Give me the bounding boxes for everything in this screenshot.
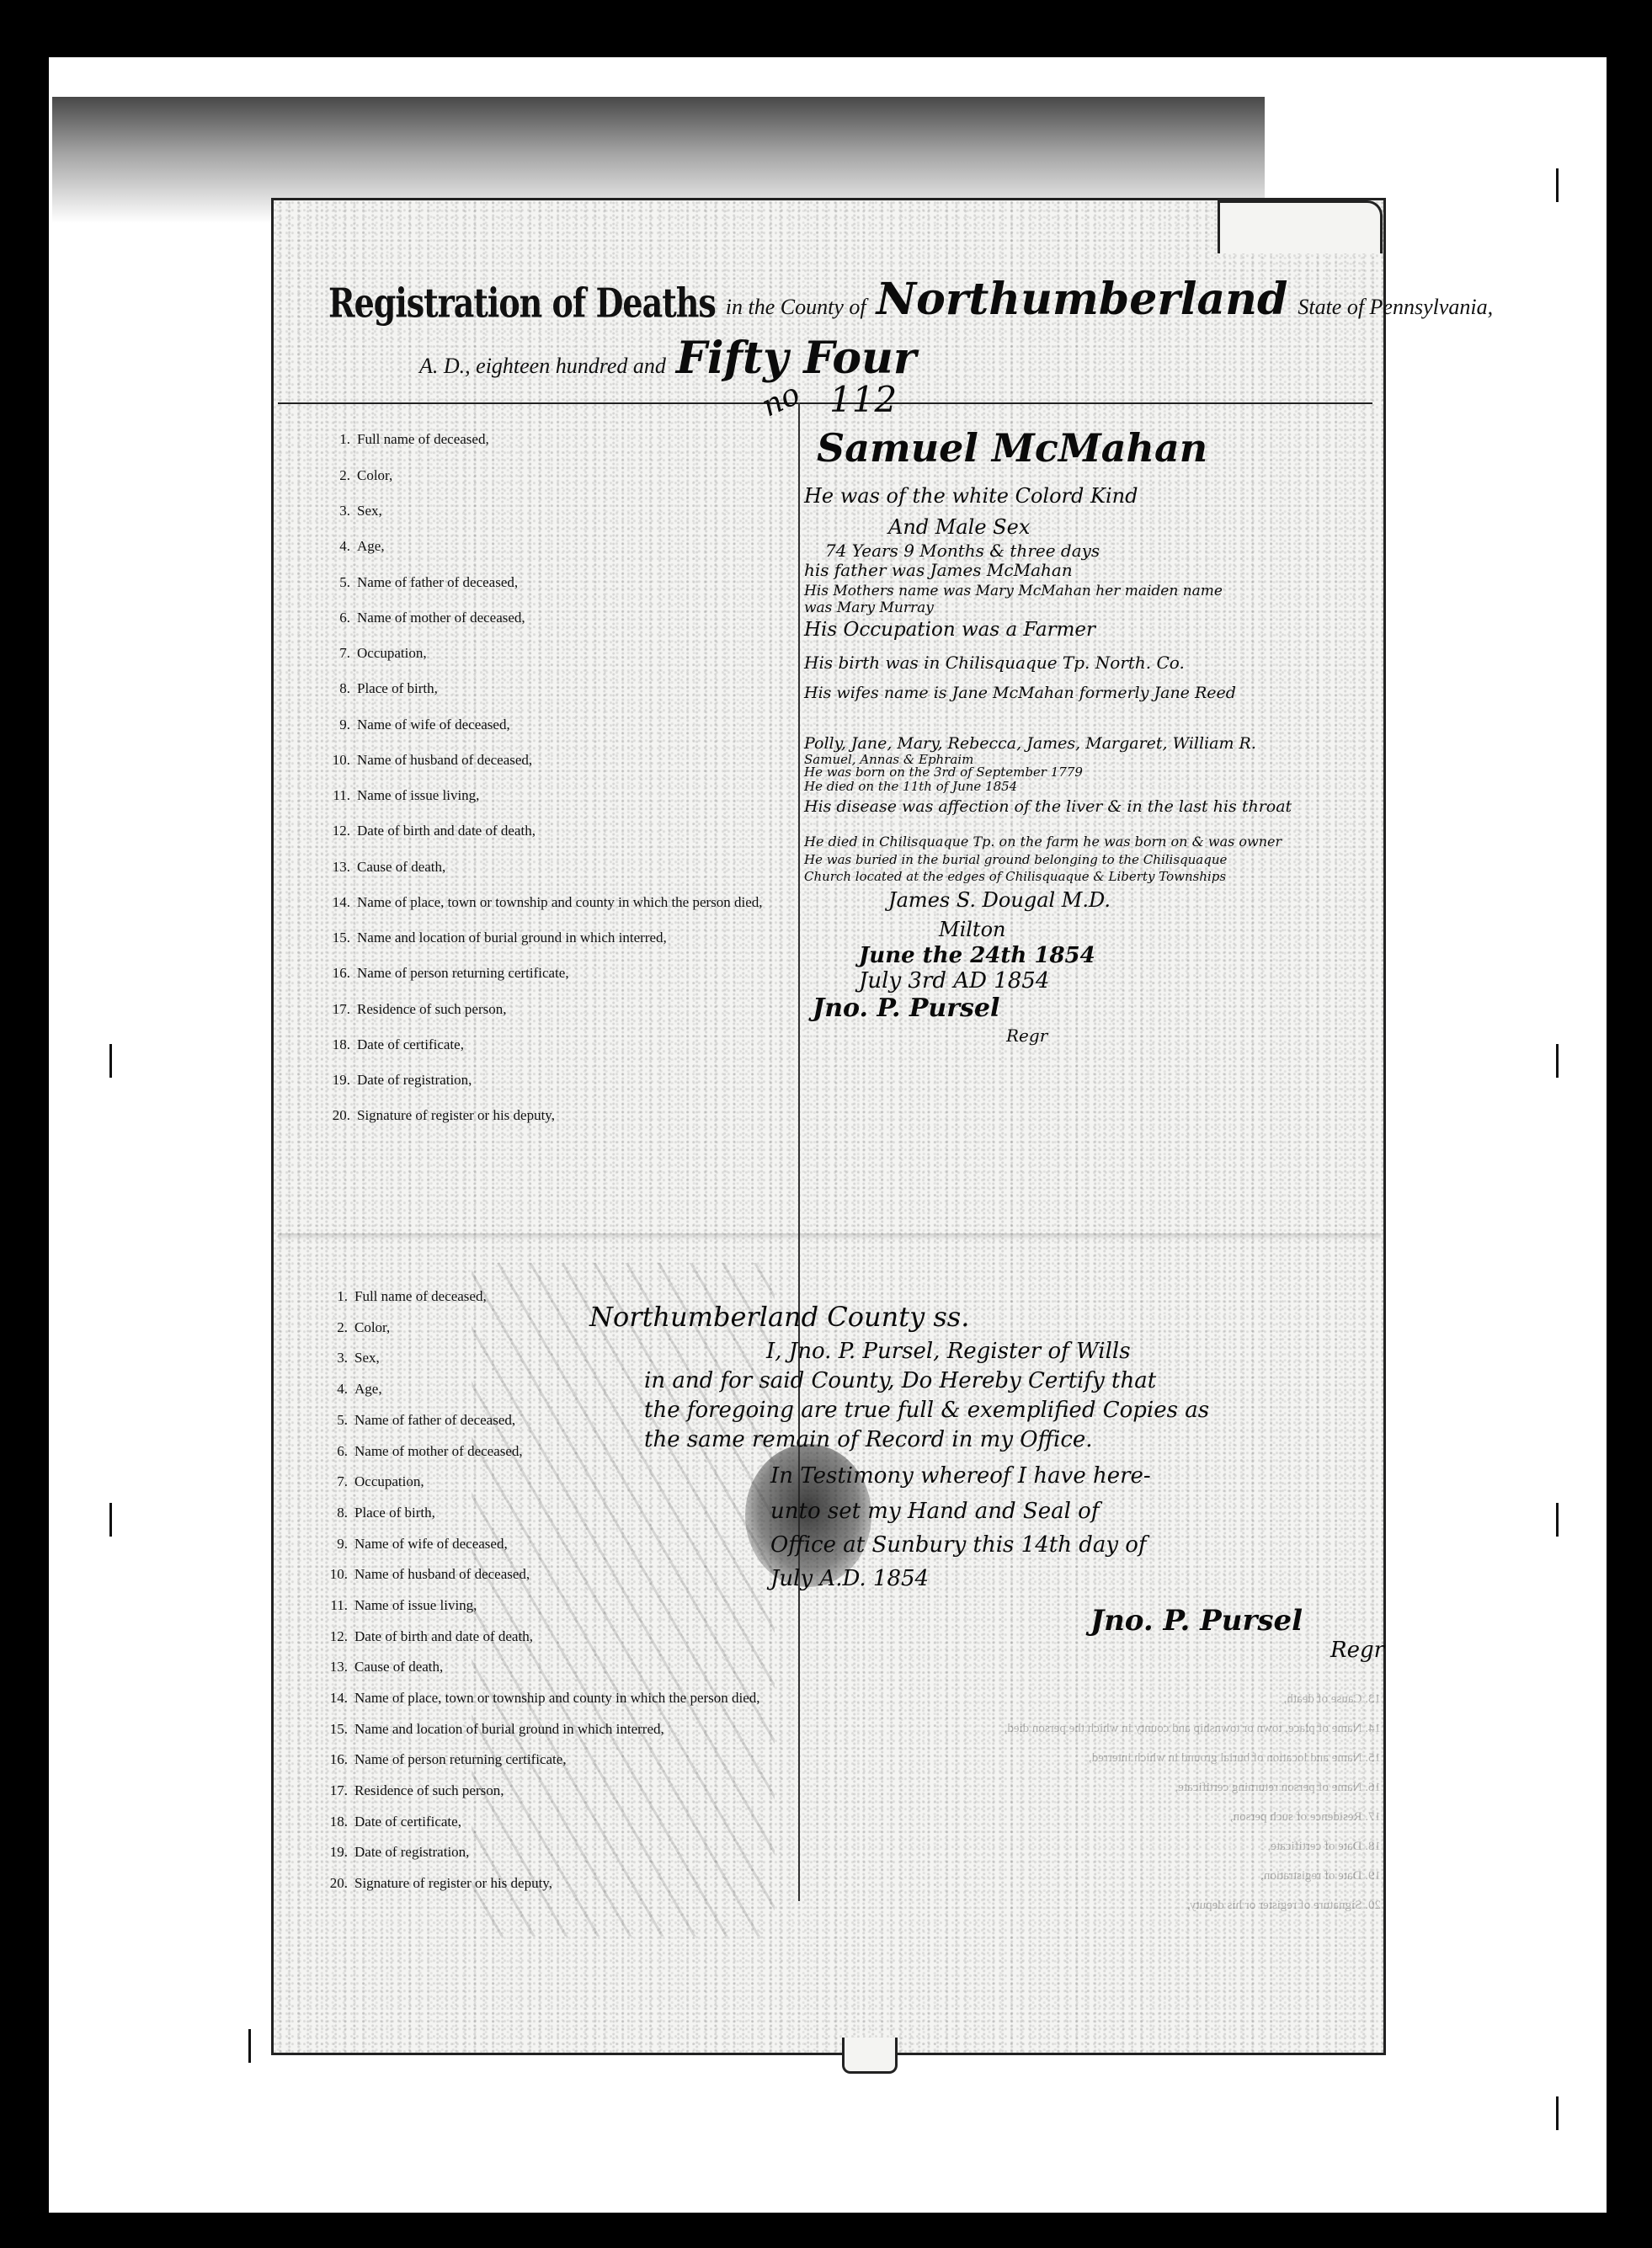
field-label: 2.Color, — [327, 467, 392, 484]
field-label: 16.Name of person returning certificate, — [327, 965, 569, 982]
edge-tick-mark — [1556, 2096, 1559, 2130]
field-label: 2.Color, — [324, 1319, 390, 1336]
register-title: Registration of Deaths in the County of … — [328, 274, 1381, 325]
field-label: 5.Name of father of deceased, — [327, 574, 518, 591]
cert-line-8: July A.D. 1854 — [770, 1566, 929, 1591]
field-label: 10.Name of husband of deceased, — [324, 1566, 530, 1583]
field-label: 4.Age, — [327, 538, 385, 555]
entry-death-date: He died on the 11th of June 1854 — [804, 779, 1017, 794]
cert-line-3: the foregoing are true full & exemplifie… — [644, 1398, 1209, 1423]
field-label: 18.Date of certificate, — [324, 1814, 461, 1830]
entry-age: 74 Years 9 Months & three days — [825, 541, 1100, 561]
entry-mother-2: was Mary Murray — [804, 599, 934, 616]
field-label: 20.Signature of register or his deputy, — [324, 1875, 552, 1892]
field-label: 17.Residence of such person, — [327, 1001, 507, 1018]
county-handwritten: Northumberland — [877, 274, 1288, 325]
entry-wife: His wifes name is Jane McMahan formerly … — [804, 684, 1236, 702]
header-rule — [278, 402, 1372, 404]
entry-mother-1: His Mothers name was Mary McMahan her ma… — [804, 583, 1223, 599]
field-label: 17.Residence of such person, — [324, 1782, 504, 1799]
field-label: 3.Sex, — [327, 503, 382, 519]
entry-birth-date: He was born on the 3rd of September 1779 — [804, 764, 1083, 780]
cert-line-1: I, Jno. P. Pursel, Register of Wills — [766, 1339, 1131, 1364]
field-label: 4.Age, — [324, 1381, 382, 1398]
field-label: 5.Name of father of deceased, — [324, 1412, 515, 1429]
bleed-through-text: 13. Cause of death, — [859, 1692, 1381, 1707]
entry-burial-2: Church located at the edges of Chilisqua… — [804, 869, 1226, 884]
field-label: 6.Name of mother of deceased, — [327, 610, 525, 626]
year-line: A. D., eighteen hundred and Fifty Four — [413, 333, 916, 384]
field-label: 18.Date of certificate, — [327, 1036, 464, 1053]
entry-certificate-date: June the 24th 1854 — [859, 943, 1095, 968]
entry-burial-1: He was buried in the burial ground belon… — [804, 852, 1227, 867]
field-label: 14.Name of place, town or township and c… — [327, 894, 763, 911]
bleed-through-text: 20. Signature of register or his deputy, — [859, 1899, 1381, 1913]
field-label: 1.Full name of deceased, — [324, 1288, 487, 1305]
bleed-marks — [472, 1263, 775, 1936]
entry-full-name: Samuel McMahan — [817, 425, 1207, 471]
entry-color: He was of the white Colord Kind — [804, 484, 1138, 508]
bleed-through-text: 14. Name of place, town or township and … — [859, 1722, 1381, 1736]
field-label: 6.Name of mother of deceased, — [324, 1443, 523, 1460]
entry-place-died: He died in Chilisquaque Tp. on the farm … — [804, 834, 1282, 850]
cert-line-4: the same remain of Record in my Office. — [644, 1427, 1093, 1452]
bleed-through-text: 17. Residence of such person, — [859, 1810, 1381, 1825]
field-label: 19.Date of registration, — [327, 1072, 472, 1089]
edge-tick-mark — [1556, 1044, 1559, 1078]
edge-tick-mark — [1556, 1503, 1559, 1537]
field-label: 20.Signature of register or his deputy, — [327, 1107, 555, 1124]
field-label: 13.Cause of death, — [324, 1659, 443, 1675]
entry-residence: Milton — [939, 918, 1005, 941]
field-label: 8.Place of birth, — [327, 680, 438, 697]
field-label: 9.Name of wife of deceased, — [324, 1536, 508, 1553]
year-handwritten: Fifty Four — [676, 333, 916, 384]
field-label: 9.Name of wife of deceased, — [327, 716, 510, 733]
entry-cause: His disease was affection of the liver &… — [804, 797, 1292, 816]
entry-registration-date: July 3rd AD 1854 — [859, 968, 1049, 993]
cert-line-2: in and for said County, Do Hereby Certif… — [644, 1368, 1156, 1393]
state-label: State of Pennsylvania, — [1298, 295, 1493, 319]
record-number: 112 — [829, 379, 897, 420]
field-label: 15.Name and location of burial ground in… — [327, 930, 667, 946]
cert-line-6: unto set my Hand and Seal of — [770, 1499, 1099, 1524]
field-label: 1.Full name of deceased, — [327, 431, 489, 448]
field-label: 7.Occupation, — [327, 645, 427, 662]
bleed-through-text: 16. Name of person returning certificate… — [859, 1781, 1381, 1795]
edge-tick-mark — [1556, 168, 1559, 202]
field-label: 12.Date of birth and date of death, — [327, 823, 536, 839]
entry-sex: And Male Sex — [888, 515, 1030, 539]
field-label: 14.Name of place, town or township and c… — [324, 1690, 760, 1707]
page-bottom-tab — [842, 2038, 898, 2074]
cert-title: Regr — [1330, 1638, 1384, 1663]
edge-tick-mark — [248, 2029, 251, 2063]
field-label: 10.Name of husband of deceased, — [327, 752, 532, 769]
column-divider — [798, 402, 800, 1901]
title-print: Registration of Deaths — [328, 279, 716, 326]
cert-county-heading: Northumberland County ss. — [589, 1301, 969, 1333]
page-tab — [1218, 200, 1383, 253]
cert-line-7: Office at Sunbury this 14th day of — [770, 1532, 1147, 1558]
field-label: 16.Name of person returning certificate, — [324, 1751, 567, 1768]
cert-line-5: In Testimony whereof I have here- — [770, 1463, 1151, 1489]
cert-signature: Jno. P. Pursel — [1090, 1604, 1303, 1638]
field-label: 13.Cause of death, — [327, 859, 445, 876]
edge-tick-mark — [109, 1503, 112, 1537]
county-label: in the County of — [726, 295, 866, 319]
field-label: 15.Name and location of burial ground in… — [324, 1721, 664, 1738]
entry-occupation: His Occupation was a Farmer — [804, 619, 1095, 641]
entry-register-signature: Jno. P. Pursel — [813, 993, 999, 1023]
death-register-page — [271, 198, 1386, 2055]
entry-father: his father was James McMahan — [804, 560, 1073, 580]
field-label: 12.Date of birth and date of death, — [324, 1628, 533, 1645]
entry-returned-by: James S. Dougal M.D. — [888, 888, 1111, 912]
entry-register-title: Regr — [1006, 1025, 1047, 1046]
edge-tick-mark — [109, 1044, 112, 1078]
bleed-through-text: 19. Date of registration, — [859, 1869, 1381, 1883]
field-label: 8.Place of birth, — [324, 1505, 435, 1521]
field-label: 7.Occupation, — [324, 1473, 424, 1490]
page-fold — [278, 1233, 1381, 1240]
field-label: 11.Name of issue living, — [324, 1597, 477, 1614]
bleed-through-text: 15. Name and location of burial ground i… — [859, 1751, 1381, 1766]
entry-issue-1: Polly, Jane, Mary, Rebecca, James, Marga… — [804, 734, 1256, 753]
field-label: 19.Date of registration, — [324, 1844, 469, 1861]
ad-label: A. D., eighteen hundred and — [419, 354, 666, 378]
entry-birthplace: His birth was in Chilisquaque Tp. North.… — [804, 653, 1185, 673]
field-label: 3.Sex, — [324, 1350, 380, 1366]
field-label: 11.Name of issue living, — [327, 787, 479, 804]
bleed-through-text: 18. Date of certificate, — [859, 1840, 1381, 1854]
